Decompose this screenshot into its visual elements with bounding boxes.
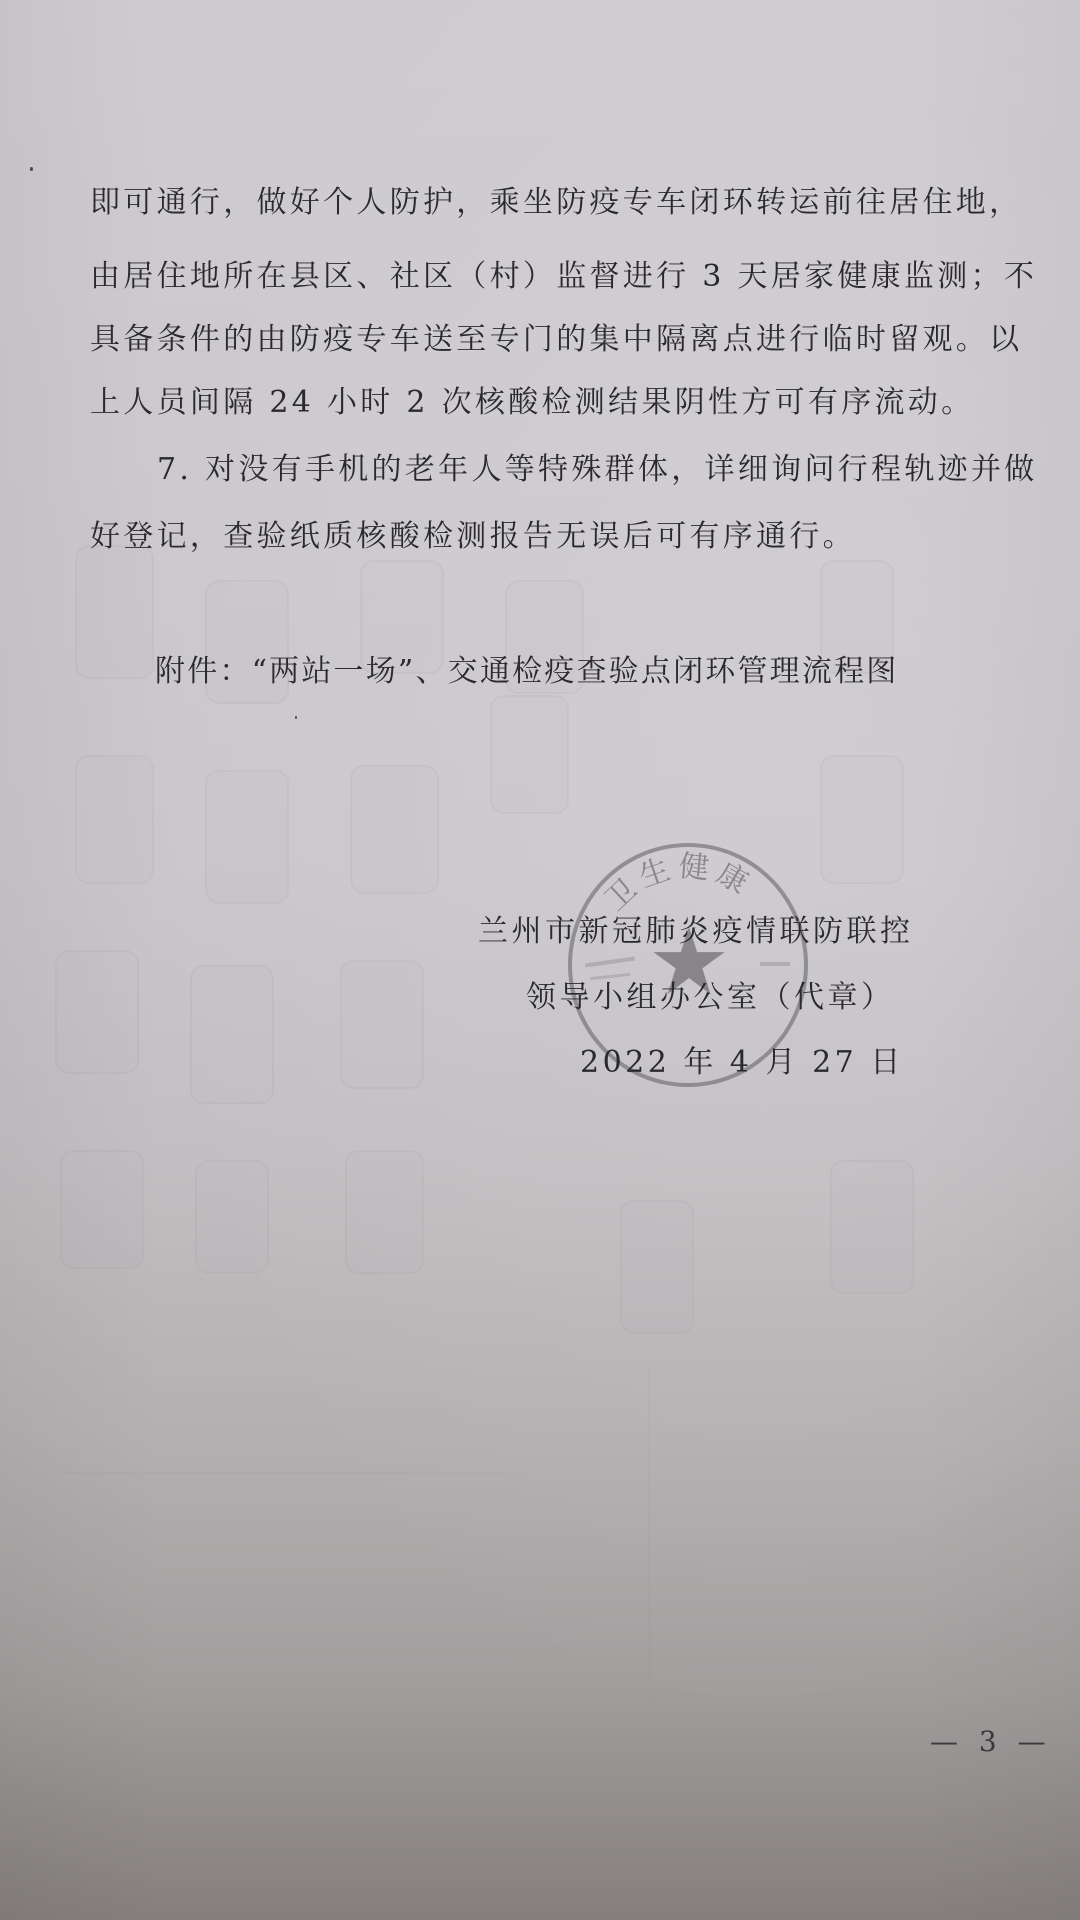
svg-text:卫生健康: 卫生健康 [598, 849, 759, 918]
paragraph-6-line-1: 即可通行，做好个人防护，乘坐防疫专车闭环转运前往居住地， [90, 185, 1022, 221]
paper-speck [295, 716, 297, 719]
issuing-organization-line-1: 兰州市新冠肺炎疫情联防联控 [478, 914, 914, 950]
issue-date: 2022 年 4 月 27 日 [580, 1045, 904, 1081]
issuing-organization-line-2: 领导小组办公室（代章） [526, 980, 895, 1016]
page-number: — 3 — [930, 1724, 1052, 1760]
item-7-line-2: 好登记，查验纸质核酸检测报告无误后可有序通行。 [90, 519, 856, 555]
paragraph-6-line-2: 由居住地所在县区、社区（村）监督进行 3 天居家健康监测；不 [90, 259, 1037, 295]
attachment-note: 附件：“两站一场”、交通检疫查验点闭环管理流程图 [155, 654, 898, 690]
paper-speck [30, 167, 33, 171]
item-7-line-1: 7. 对没有手机的老年人等特殊群体，详细询问行程轨迹并做 [157, 452, 1038, 488]
paragraph-6-line-3: 具备条件的由防疫专车送至专门的集中隔离点进行临时留观。以 [90, 322, 1022, 358]
paragraph-6-line-4: 上人员间隔 24 小时 2 次核酸检测结果阴性方可有序流动。 [90, 385, 974, 421]
